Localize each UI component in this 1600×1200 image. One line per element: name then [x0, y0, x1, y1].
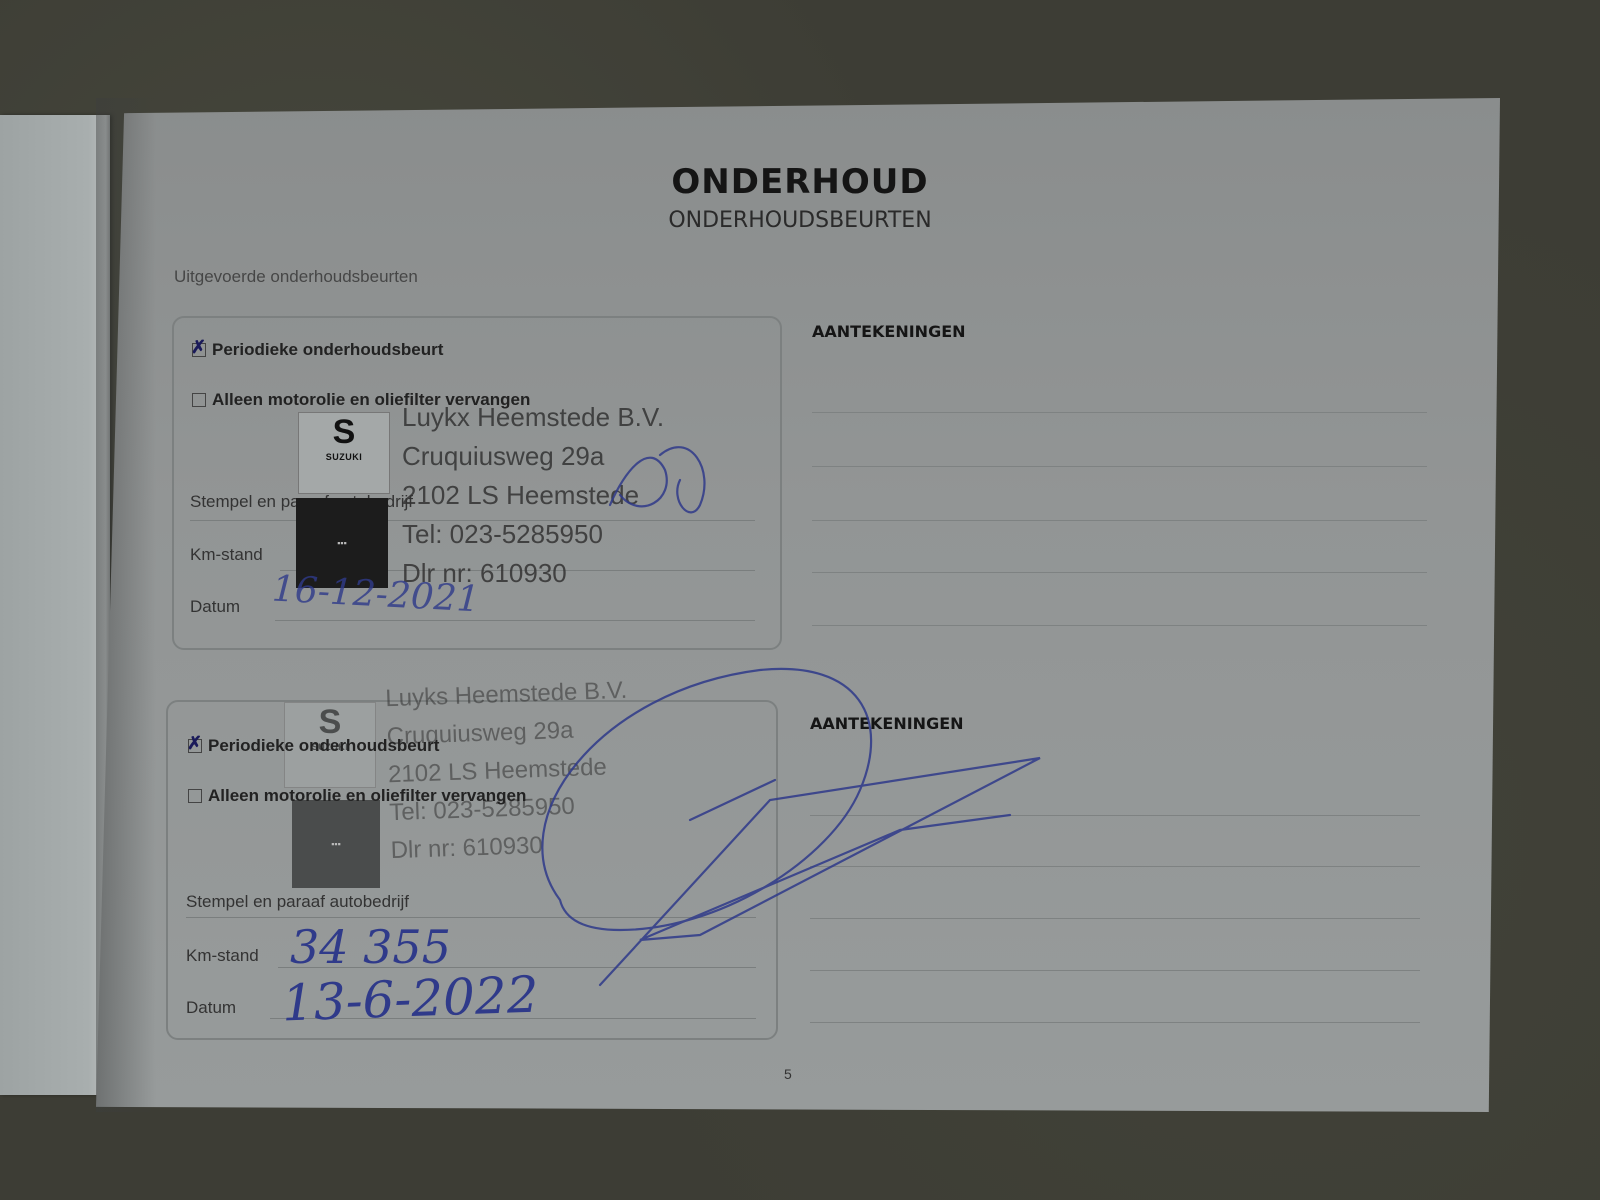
page-subtitle: ONDERHOUDSBEURTEN	[600, 208, 1000, 233]
periodic-service-label: Periodieke onderhoudsbeurt	[208, 736, 439, 756]
date-label: Datum	[190, 597, 240, 617]
oil-change-option-2[interactable]: Alleen motorolie en oliefilter vervangen	[188, 786, 526, 806]
notes-heading-1: AANTEKENINGEN	[812, 322, 966, 341]
stamp-brand: SUZUKI	[299, 452, 389, 462]
notes-heading-2: AANTEKENINGEN	[810, 714, 964, 733]
periodic-service-checkbox[interactable]	[188, 739, 202, 753]
notes-line[interactable]	[810, 970, 1420, 971]
dealer-stamp-2: Luyks Heemstede B.V. Cruquiusweg 29a 210…	[385, 672, 633, 870]
oil-change-checkbox[interactable]	[188, 789, 202, 803]
oil-change-label: Alleen motorolie en oliefilter vervangen	[208, 786, 526, 806]
left-page-edge	[0, 115, 110, 1095]
notes-line[interactable]	[810, 866, 1420, 867]
stamp-label: Stempel en paraaf autobedrijf	[186, 892, 409, 912]
date-field[interactable]	[275, 620, 755, 621]
periodic-service-label: Periodieke onderhoudsbeurt	[212, 340, 443, 360]
notes-line[interactable]	[812, 520, 1427, 521]
page-number: 5	[784, 1066, 792, 1082]
periodic-service-option-1[interactable]: Periodieke onderhoudsbeurt	[192, 340, 443, 360]
notes-line[interactable]	[812, 412, 1427, 413]
notes-line[interactable]	[810, 918, 1420, 919]
date-label: Datum	[186, 998, 236, 1018]
oil-change-checkbox[interactable]	[192, 393, 206, 407]
dealer-stamp-1: Luykx Heemstede B.V. Cruquiusweg 29a 210…	[402, 398, 664, 593]
notes-line[interactable]	[812, 625, 1427, 626]
notes-line[interactable]	[812, 466, 1427, 467]
notes-line[interactable]	[810, 815, 1420, 816]
date-value-2: 13-6-2022	[281, 966, 539, 1033]
stamp-phone: Tel: 023-5285950	[402, 515, 664, 554]
km-label: Km-stand	[186, 946, 259, 966]
section-label: Uitgevoerde onderhoudsbeurten	[174, 267, 418, 287]
km-value-2: 34 355	[290, 920, 451, 974]
stamp-line	[186, 917, 756, 918]
stamp-street: Cruquiusweg 29a	[402, 437, 664, 476]
page-title: ONDERHOUD	[600, 162, 1000, 202]
suzuki-logo-stamp: S SUZUKI	[298, 412, 390, 494]
stamp-company: Luykx Heemstede B.V.	[402, 398, 664, 437]
km-label: Km-stand	[190, 545, 263, 565]
periodic-service-checkbox[interactable]	[192, 343, 206, 357]
notes-line[interactable]	[812, 572, 1427, 573]
dealer-logo-block: ▪▪▪	[292, 800, 380, 888]
suzuki-s-icon: S	[299, 413, 389, 452]
stamp-city: 2102 LS Heemstede	[402, 476, 664, 515]
periodic-service-option-2[interactable]: Periodieke onderhoudsbeurt	[188, 736, 439, 756]
notes-line[interactable]	[810, 1022, 1420, 1023]
